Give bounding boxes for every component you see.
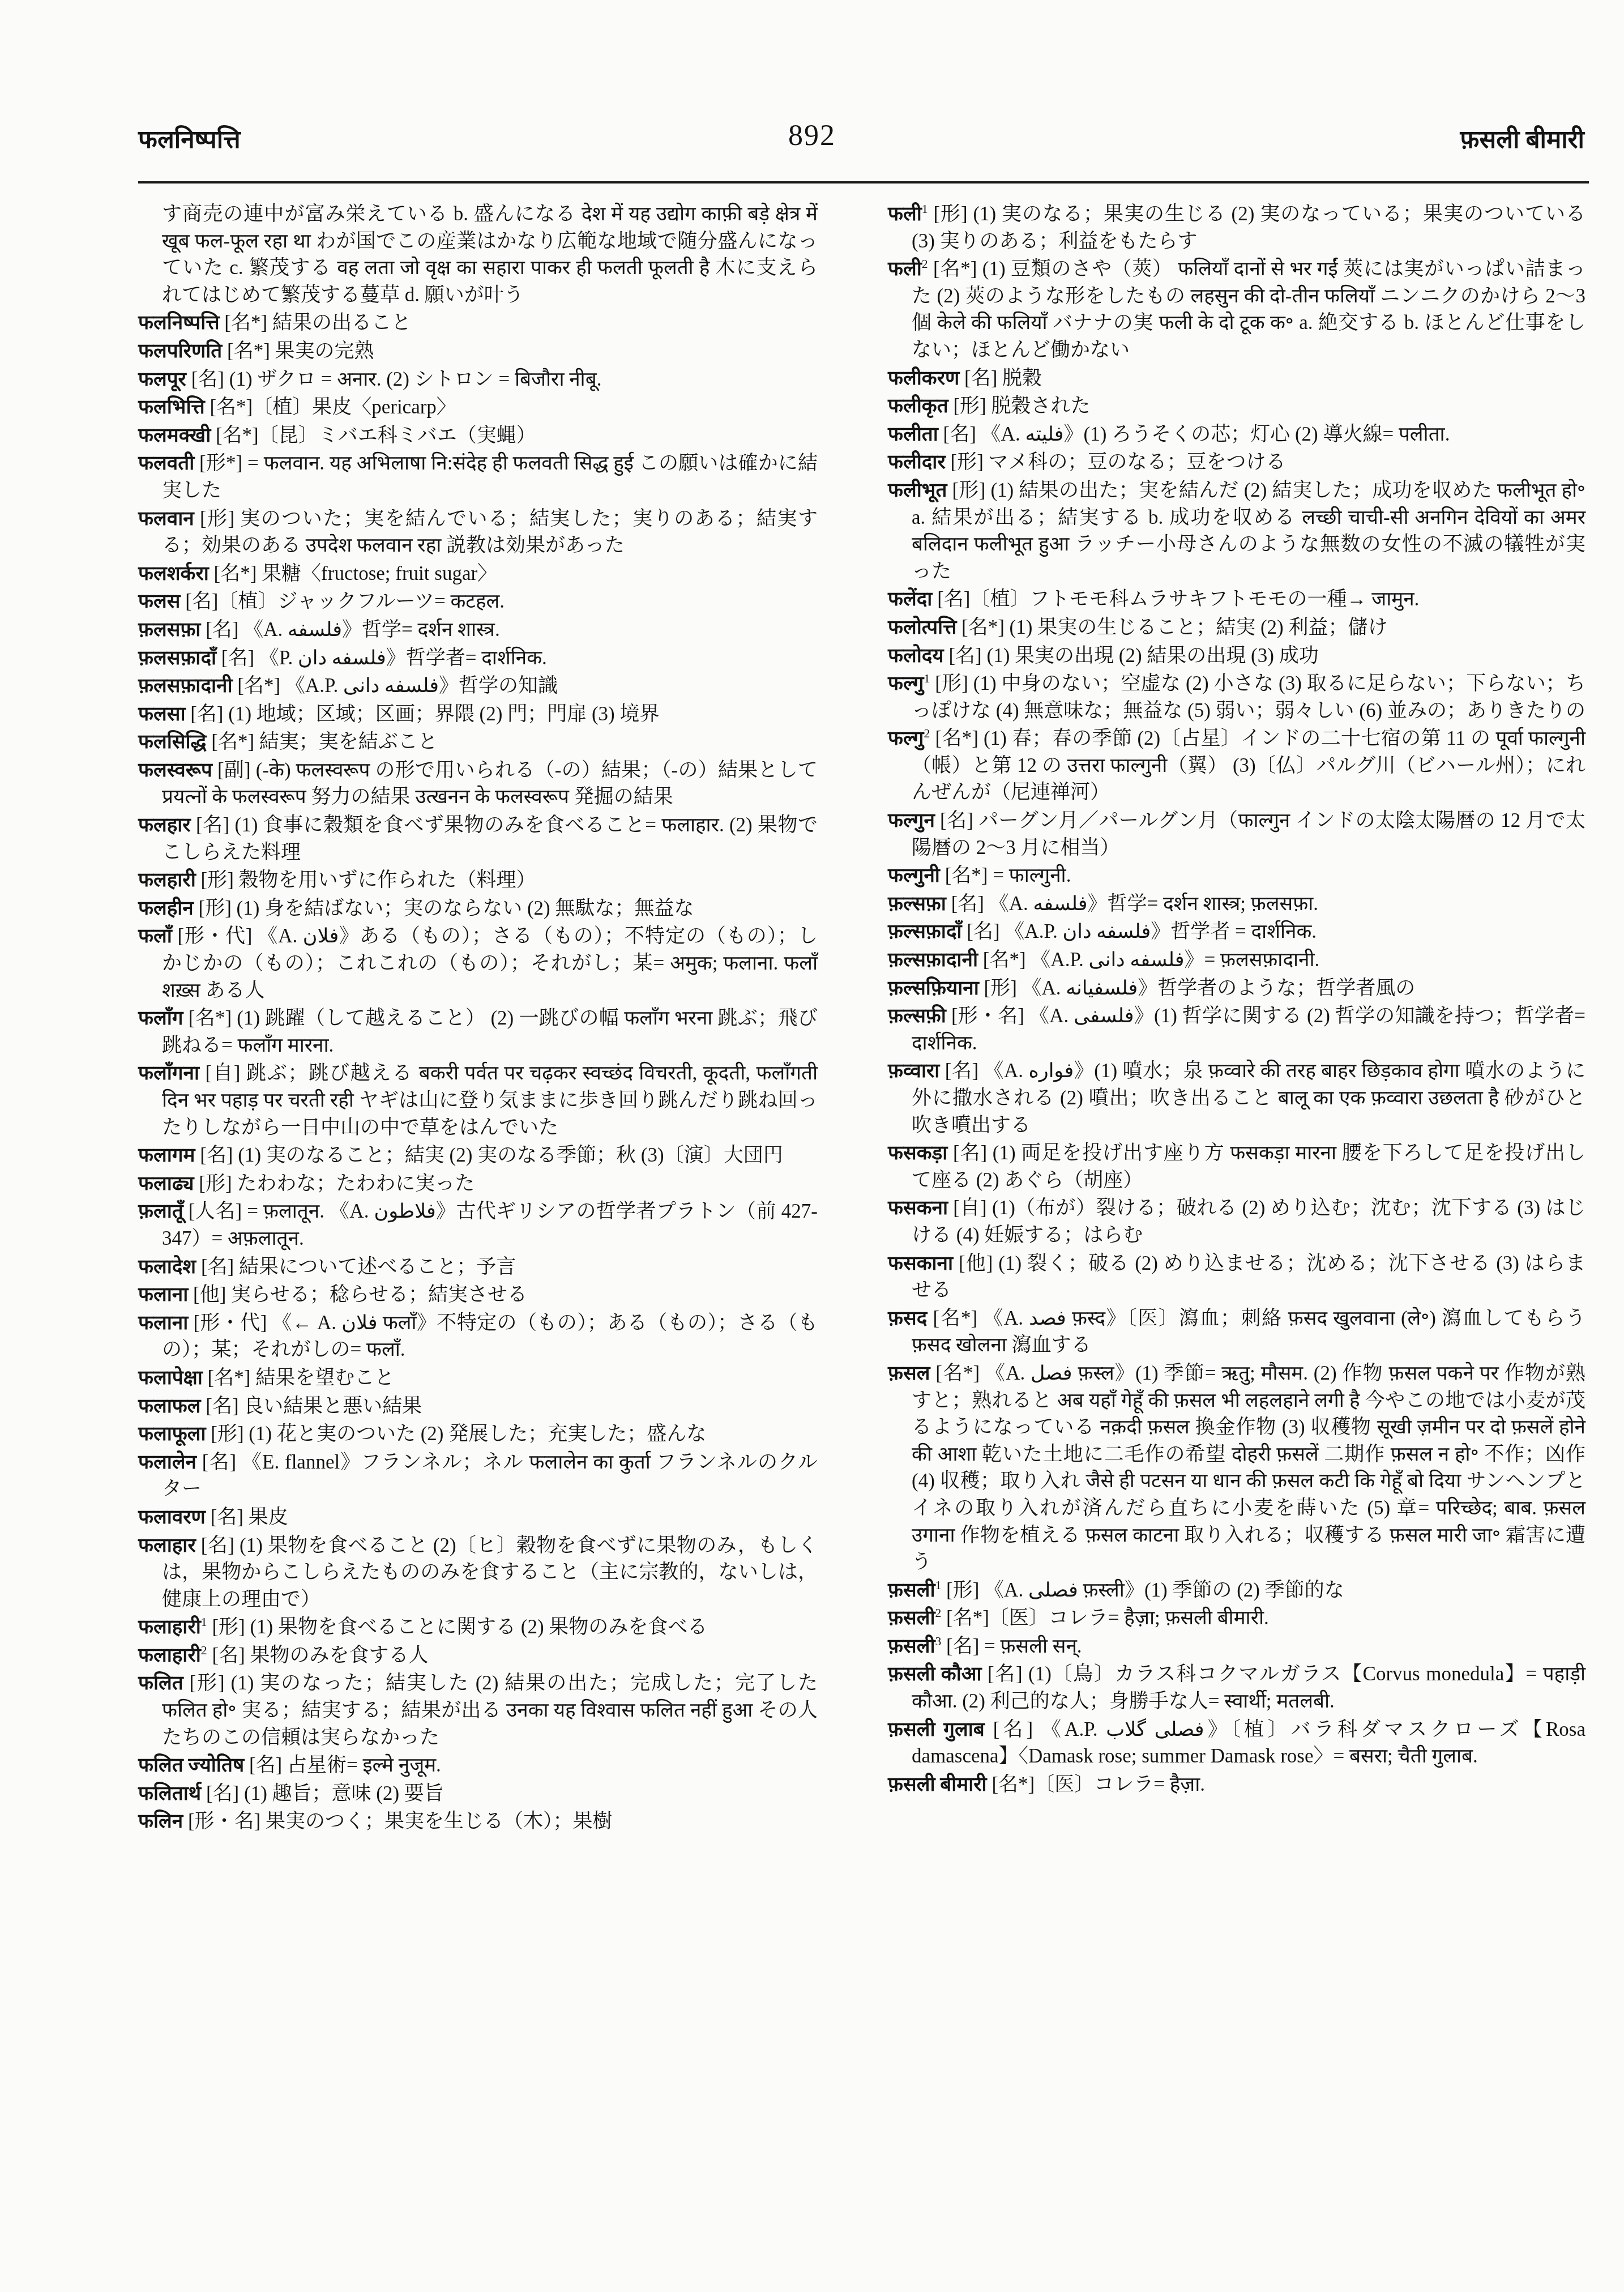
homonym-number: 2 xyxy=(922,258,928,271)
entry-body: [名] 《P. فلسفه دان》哲学者= दार्शनिक. xyxy=(221,647,547,669)
headword: फलाँगना xyxy=(138,1062,199,1084)
entry-body: [名*]〔医〕コレラ= हैज़ा. xyxy=(992,1773,1205,1795)
headword: फलाढ्य xyxy=(138,1172,194,1194)
dictionary-entry: फलेंदा [名]〔植〕フトモモ科ムラサキフトモモの一種→ जामुन. xyxy=(888,586,1585,613)
dictionary-entry: फ़सली गुलाब [名] 《A.P. فصلی گلاب》〔植〕バラ科ダマ… xyxy=(888,1716,1585,1770)
entry-body: [人名] = फ़लातून. 《A. فلاطون》古代ギリシアの哲学者プラト… xyxy=(162,1200,818,1249)
headword: फलाना xyxy=(138,1283,188,1305)
entry-body: [形] (1) 果物を食べることに関する (2) 果物のみを食べる xyxy=(212,1616,707,1638)
entry-body: [副] (-के) फलस्वरूप の形で用いられる（-の）結果；（-の）結果… xyxy=(162,759,818,808)
entry-body: [名*] (1) 果実の生じること；結実 (2) 利益；儲け xyxy=(961,616,1387,638)
headword: फ़ल्सफ़ा xyxy=(888,893,946,915)
headword: फलहार xyxy=(138,814,191,836)
homonym-number: 1 xyxy=(935,1578,941,1592)
entry-body: [形・名] 《A. فلسفی》(1) 哲学に関する (2) 哲学の知識を持つ；… xyxy=(912,1005,1585,1054)
dictionary-entry: फ़सली1 [形] 《A. فصلی फ़स्ली》(1) 季節の (2) 季… xyxy=(888,1577,1585,1604)
homonym-number: 1 xyxy=(924,672,930,685)
dictionary-entry: फ़ल्सफ़ियाना [形] 《A. فلسفیانه》哲学者のような；哲学… xyxy=(888,975,1585,1002)
dictionary-entry: फल्गु1 [形] (1) 中身のない；空虚な (2) 小さな (3) 取るに… xyxy=(888,670,1585,724)
entry-body: [名*] (1) 豆類のさや（莢） फलियाँ दानों से भर गईं… xyxy=(912,258,1585,361)
headword: फलाहारी xyxy=(138,1644,201,1666)
dictionary-entry: फलालेन [名] 《E. flannel》フランネル；ネル फलालेन क… xyxy=(138,1449,818,1503)
headword: फल्गु xyxy=(888,672,924,694)
headword: फलपूर xyxy=(138,368,186,390)
dictionary-entry: फ़सली2 [名*]〔医〕コレラ= हैज़ा; फ़सली बीमारी. xyxy=(888,1604,1585,1632)
scanned-dictionary-page: { "header": { "left_catchword": "फलनिष्प… xyxy=(0,0,1624,2292)
entry-body: [形] (1) 実のなった；結実した (2) 結果の出た；完成した；完了した फ… xyxy=(162,1672,818,1748)
dictionary-entry: फ़सली बीमारी [名*]〔医〕コレラ= हैज़ा. xyxy=(888,1771,1585,1798)
entry-body: [名] (1)〔鳥〕カラス科コクマルガラス【Corvus monedula】= … xyxy=(912,1663,1585,1712)
entry-body: [名]〔植〕ジャックフルーツ= कटहल. xyxy=(185,590,505,612)
dictionary-entry: फलपरिणति [名*] 果実の完熟 xyxy=(138,338,818,365)
entry-body: [形] 脱穀された xyxy=(953,395,1090,417)
entry-body: [名] (1) 趣旨；意味 (2) 要旨 xyxy=(206,1782,444,1804)
dictionary-entry: फलमक्खी [名*]〔昆〕ミバエ科ミバエ（実蝿） xyxy=(138,422,818,449)
entry-body: [名*] 《A.P. فلسفه دانی》= फ़लसफ़ादानी. xyxy=(983,949,1319,971)
headword: फ़सली xyxy=(888,1607,935,1629)
dictionary-entry: फ़व्वारा [名] 《A. فواره》(1) 噴水；泉 फ़व्वारे… xyxy=(888,1057,1585,1138)
headword: फसकाना xyxy=(888,1252,953,1274)
dictionary-entry: फलीता [名] 《A. فلیته》(1) ろうそくの芯；灯心 (2) 導火… xyxy=(888,421,1585,448)
headword: फलाना xyxy=(138,1312,188,1334)
headword: फ़सली गुलाब xyxy=(888,1718,985,1740)
entry-body: [名] (1) 果物を食べること (2)〔ヒ〕穀物を食べずに果物のみ，もしくは，… xyxy=(162,1534,818,1610)
dictionary-entry: फलवती [形*] = फलवान. यह अभिलाषा नि:संदेह … xyxy=(138,450,818,503)
headword: फलाँग xyxy=(138,1007,183,1029)
dictionary-entry: फलसा [名] (1) 地域；区域；区画；界隈 (2) 門；門扉 (3) 境界 xyxy=(138,701,818,728)
headword: फलित ज्योतिष xyxy=(138,1754,244,1776)
entry-body: [形・代] 《A. فلان》ある（もの）；さる（もの）；不特定の（もの）；しか… xyxy=(162,925,818,1001)
headword: फ़लसफ़ादाँ xyxy=(138,647,216,669)
entry-body: [名] 《A. فلسفه》哲学= दर्शन शास्त्र. xyxy=(206,618,499,641)
dictionary-entry: फलाँ [形・代] 《A. فلان》ある（もの）；さる（もの）；不特定の（も… xyxy=(138,923,818,1004)
headword: फलादेश xyxy=(138,1256,196,1278)
headword: फलापेक्षा xyxy=(138,1367,203,1389)
continuation-paragraph: す商売の連中が富み栄えている b. 盛んになる देश में यह उद्यो… xyxy=(138,200,818,308)
dictionary-entry: फलहार [名] (1) 食事に穀類を食べず果物のみを食べること= फलाहा… xyxy=(138,812,818,865)
dictionary-entry: फलाना [他] 実らせる；稔らせる；結実させる xyxy=(138,1281,818,1308)
homonym-number: 3 xyxy=(935,1634,941,1648)
entry-body: [名] 《A. فلیته》(1) ろうそくの芯；灯心 (2) 導火線= पली… xyxy=(943,423,1450,445)
headword: फ़ल्सफ़ादानी xyxy=(888,949,978,971)
entry-body: [形] (1) 結果の出た；実を結んだ (2) 結実した；成功を収めた फलीभ… xyxy=(912,479,1585,582)
headword: फल्गुन xyxy=(888,809,935,831)
dictionary-entry: फलीभूत [形] (1) 結果の出た；実を結んだ (2) 結実した；成功を収… xyxy=(888,477,1585,584)
dictionary-entry: फसकाना [他] (1) 裂く；破る (2) めり込ませる；沈める；沈下させ… xyxy=(888,1250,1585,1304)
dictionary-entry: फलितार्थ [名] (1) 趣旨；意味 (2) 要旨 xyxy=(138,1780,818,1807)
headword: फ़सली कौआ xyxy=(888,1663,982,1685)
entry-body: [名] (1) 地域；区域；区画；界隈 (2) 門；門扉 (3) 境界 xyxy=(190,703,659,725)
entry-body: [名] 良い結果と悪い結果 xyxy=(206,1395,422,1417)
dictionary-entry: फल्गुनी [名*] = फाल्गुनी. xyxy=(888,862,1585,889)
dictionary-entry: फ़ल्सफ़ी [形・名] 《A. فلسفی》(1) 哲学に関する (2) … xyxy=(888,1002,1585,1056)
headword: फलीता xyxy=(888,423,938,445)
entry-body: [名] 果皮 xyxy=(211,1506,288,1528)
headword: फलिन xyxy=(138,1810,183,1832)
dictionary-entry: फलीकृत [形] 脱穀された xyxy=(888,392,1585,420)
dictionary-entry: फलसिद्धि [名*] 結実；実を結ぶこと xyxy=(138,728,818,756)
dictionary-entry: फलाहारी2 [名] 果物のみを食する人 xyxy=(138,1642,818,1669)
headword: फलोत्पत्ति xyxy=(888,616,956,638)
headword: फलितार्थ xyxy=(138,1782,201,1804)
dictionary-entry: फसकड़ा [名] (1) 両足を投げ出す座り方 फसकड़ा मारना 腰… xyxy=(888,1139,1585,1193)
dictionary-entry: फ़सल [名*] 《A. فصل फ़स्ल》(1) 季節= ऋतु; मौस… xyxy=(888,1360,1585,1576)
dictionary-entry: फ़लसफ़ादानी [名*] 《A.P. فلسفه دانی》哲学の知識 xyxy=(138,672,818,699)
dictionary-entry: फलादेश [名] 結果について述べること；予言 xyxy=(138,1253,818,1281)
dictionary-entry: फल्गुन [名] パーグン月／パールグン月（फाल्गुन インドの太陰太陽… xyxy=(888,807,1585,861)
header-rule xyxy=(138,181,1589,183)
headword: फलसा xyxy=(138,703,185,725)
headword: फलाँ xyxy=(138,925,172,947)
headword: फलपरिणति xyxy=(138,340,222,362)
dictionary-entry: फ़ल्सफ़ादाँ [名] 《A.P. فلسفه دان》哲学者 = दा… xyxy=(888,918,1585,945)
dictionary-entry: फलवान [形] 実のついた；実を結んでいる；結実した；実りのある；結実する；… xyxy=(138,505,818,559)
entry-body: [形] 実のついた；実を結んでいる；結実した；実りのある；結実する；効果のある … xyxy=(162,507,818,557)
entry-body: [名*] 《A. فصد फ़स्द》〔医〕瀉血；刺絡 फ़सद खुलवाना… xyxy=(912,1307,1585,1356)
headword: फलित xyxy=(138,1672,183,1694)
entry-body: [形] 穀物を用いずに作られた（料理） xyxy=(201,869,536,891)
headword: फ़ल्सफ़ियाना xyxy=(888,977,979,999)
headword: फलस्वरूप xyxy=(138,759,212,781)
headword: फसकड़ा xyxy=(888,1142,947,1164)
entry-body: [形] (1) 身を結ばない；実のならない (2) 無駄な；無益な xyxy=(199,897,694,919)
column-right: फली1 [形] (1) 実のなる；果実の生じる (2) 実のなっている；果実の… xyxy=(888,200,1585,1799)
entry-body: [名] (1) 実のなること；結実 (2) 実のなる季節；秋 (3)〔演〕大団円 xyxy=(200,1144,783,1166)
dictionary-entry: फलपूर [名] (1) ザクロ = अनार. (2) シトロン = बिज… xyxy=(138,366,818,393)
entry-body: [名] 《A. فلسفه》哲学= दर्शन शास्त्र; फ़लसफ़ा… xyxy=(951,893,1318,915)
headword: फलभित्ति xyxy=(138,396,205,418)
headword: फली xyxy=(888,203,922,225)
entry-body: す商売の連中が富み栄えている b. 盛んになる देश में यह उद्यो… xyxy=(162,203,818,306)
entry-body: [他] (1) 裂く；破る (2) めり込ませる；沈める；沈下させる (3) は… xyxy=(912,1252,1585,1301)
headword: फलाहारी xyxy=(138,1616,201,1638)
dictionary-entry: फलाँग [名*] (1) 跳躍（して越えること） (2) 一跳びの幅 फला… xyxy=(138,1005,818,1058)
entry-body: [名] (1) 両足を投げ出す座り方 फसकड़ा मारना 腰を下ろして足を… xyxy=(912,1142,1585,1191)
dictionary-entry: फलस्वरूप [副] (-के) फलस्वरूप の形で用いられる（-の）… xyxy=(138,757,818,810)
entry-body: [自] 跳ぶ；跳び越える बकरी पर्वत पर चढ़कर स्वच्छं… xyxy=(162,1062,818,1138)
dictionary-entry: फ़सद [名*] 《A. فصد फ़स्द》〔医〕瀉血；刺絡 फ़सद खु… xyxy=(888,1305,1585,1359)
headword: फ़ल्सफ़ी xyxy=(888,1005,946,1027)
dictionary-entry: फलनिष्पत्ति [名*] 結果の出ること xyxy=(138,309,818,336)
entry-body: [形] 《A. فلسفیانه》哲学者のような；哲学者風の xyxy=(984,977,1416,999)
headword: फलाफल xyxy=(138,1395,201,1417)
entry-body: [名] 《A.P. فصلی گلاب》〔植〕バラ科ダマスクローズ【Rosa d… xyxy=(912,1718,1585,1768)
entry-body: [形] 《A. فصلی फ़स्ली》(1) 季節の (2) 季節的な xyxy=(946,1579,1344,1601)
dictionary-entry: फलाना [形・代] 《← A. فلان फलाँ》不特定の（もの）；ある（… xyxy=(138,1309,818,1363)
headword: फ़लसफ़ादानी xyxy=(138,675,233,697)
page-number: 892 xyxy=(0,119,1624,152)
dictionary-entry: फ़ल्सफ़ा [名] 《A. فلسفه》哲学= दर्शन शास्त्र… xyxy=(888,890,1585,917)
entry-body: [名] (1) ザクロ = अनार. (2) シトロン = बिजौरा नी… xyxy=(191,368,602,390)
entry-body: [名*] 《A. فصل फ़स्ल》(1) 季節= ऋतु; मौसम. (2… xyxy=(912,1362,1585,1573)
headword: फ़सली xyxy=(888,1579,935,1601)
entry-body: [形・代] 《← A. فلان फलाँ》不特定の（もの）；ある（もの）；さる… xyxy=(162,1312,818,1361)
dictionary-entry: फ़सली कौआ [名] (1)〔鳥〕カラス科コクマルガラス【Corvus m… xyxy=(888,1661,1585,1714)
dictionary-entry: फलाहार [名] (1) 果物を食べること (2)〔ヒ〕穀物を食べずに果物の… xyxy=(138,1532,818,1613)
dictionary-entry: फली2 [名*] (1) 豆類のさや（莢） फलियाँ दानों से भ… xyxy=(888,255,1585,363)
headword: फलावरण xyxy=(138,1506,206,1528)
entry-body: [名*]〔植〕果皮〈pericarp〉 xyxy=(210,396,456,418)
headword: फलशर्करा xyxy=(138,562,209,584)
dictionary-entry: फलित [形] (1) 実のなった；結実した (2) 結果の出た；完成した；完… xyxy=(138,1670,818,1751)
dictionary-entry: फलभित्ति [名*]〔植〕果皮〈pericarp〉 xyxy=(138,394,818,421)
dictionary-entry: फलावरण [名] 果皮 xyxy=(138,1504,818,1531)
entry-body: [名*] 果糖〈fructose; fruit sugar〉 xyxy=(214,562,498,584)
headword: फलनिष्पत्ति xyxy=(138,311,220,334)
entry-body: [名*] 結果を望むこと xyxy=(208,1367,395,1389)
entry-body: [名*] (1) 春；春の季節 (2)〔占星〕インドの二十七宿の第 11 の प… xyxy=(912,727,1585,803)
dictionary-entry: फलाफल [名] 良い結果と悪い結果 xyxy=(138,1393,818,1420)
entry-body: [名*] 《A.P. فلسفه دانی》哲学の知識 xyxy=(237,675,558,697)
entry-body: [名] = फ़सली सन्. xyxy=(946,1635,1082,1657)
entry-body: [形] たわわな；たわわに実った xyxy=(199,1172,475,1194)
dictionary-entry: फलीकरण [名] 脱穀 xyxy=(888,365,1585,392)
entry-body: [名] (1) 食事に穀類を食べず果物のみを食べること= फलाहार. (2)… xyxy=(162,814,818,863)
entry-body: [名] 《E. flannel》フランネル；ネル फलालेन का कुर्त… xyxy=(162,1451,818,1500)
homonym-number: 1 xyxy=(922,202,928,216)
dictionary-entry: फलागम [名] (1) 実のなること；結実 (2) 実のなる季節；秋 (3)… xyxy=(138,1142,818,1169)
dictionary-entry: फलीदार [形] マメ科の；豆のなる；豆をつける xyxy=(888,449,1585,476)
entry-body: [名] 《A.P. فلسفه دان》哲学者 = दार्शनिक. xyxy=(967,920,1317,942)
dictionary-entry: फलहीन [形] (1) 身を結ばない；実のならない (2) 無駄な；無益な xyxy=(138,895,818,922)
headword: फलागम xyxy=(138,1144,195,1166)
headword: फलहारी xyxy=(138,869,196,891)
homonym-number: 2 xyxy=(935,1607,941,1620)
dictionary-entry: फलाफूला [形] (1) 花と実のついた (2) 発展した；充実した；盛ん… xyxy=(138,1420,818,1448)
dictionary-entry: फलापेक्षा [名*] 結果を望むこと xyxy=(138,1364,818,1392)
headword: फलमक्खी xyxy=(138,424,211,446)
dictionary-entry: फ़सली3 [名] = फ़सली सन्. xyxy=(888,1633,1585,1660)
dictionary-entry: फ़लातूँ [人名] = फ़लातून. 《A. فلاطون》古代ギリシ… xyxy=(138,1198,818,1252)
headword: फ़ल्सफ़ादाँ xyxy=(888,920,962,942)
dictionary-entry: फसकना [自] (1)（布が）裂ける；破れる (2) めり込む；沈む；沈下す… xyxy=(888,1194,1585,1248)
entry-body: [形] (1) 実のなる；果実の生じる (2) 実のなっている；果実のついている… xyxy=(912,203,1585,252)
entry-body: [形] (1) 花と実のついた (2) 発展した；充実した；盛んな xyxy=(211,1423,706,1445)
headword: फल्गुनी xyxy=(888,864,940,886)
entry-body: [名*] 果実の完熟 xyxy=(227,340,374,362)
dictionary-entry: फलोदय [名] (1) 果実の出現 (2) 結果の出現 (3) 成功 xyxy=(888,642,1585,669)
entry-body: [名*]〔医〕コレラ= हैज़ा; फ़सली बीमारी. xyxy=(946,1607,1269,1629)
headword: फ़व्वारा xyxy=(888,1060,939,1082)
dictionary-entry: फलशर्करा [名*] 果糖〈fructose; fruit sugar〉 xyxy=(138,560,818,587)
headword: फलवती xyxy=(138,452,194,474)
headword: फलाहार xyxy=(138,1534,196,1556)
headword: फलालेन xyxy=(138,1451,196,1473)
headword: फलीकृत xyxy=(888,395,948,417)
entry-body: [名] (1) 果実の出現 (2) 結果の出現 (3) 成功 xyxy=(948,645,1318,667)
headword: फलीभूत xyxy=(888,479,947,501)
homonym-number: 2 xyxy=(201,1644,207,1657)
dictionary-entry: फली1 [形] (1) 実のなる；果実の生じる (2) 実のなっている；果実の… xyxy=(888,200,1585,254)
entry-body: [名] 脱穀 xyxy=(964,367,1042,389)
entry-body: [名] パーグン月／パールグン月（फाल्गुन インドの太陰太陽暦の 12 月… xyxy=(912,809,1585,859)
entry-body: [名] 占星術= इल्मे नुजूम. xyxy=(249,1754,441,1776)
headword: फ़सल xyxy=(888,1362,930,1384)
dictionary-entry: फल्गु2 [名*] (1) 春；春の季節 (2)〔占星〕インドの二十七宿の第… xyxy=(888,725,1585,806)
entry-body: [名*]〔昆〕ミバエ科ミバエ（実蝿） xyxy=(216,424,536,446)
entry-body: [形] (1) 中身のない；空虚な (2) 小さな (3) 取るに足らない；下ら… xyxy=(912,672,1585,722)
entry-body: [名*] (1) 跳躍（して越えること） (2) 一跳びの幅 फलाँग भरन… xyxy=(162,1007,818,1056)
entry-body: [名*] = फाल्गुनी. xyxy=(945,864,1071,886)
entry-body: [形*] = फलवान. यह अभिलाषा नि:संदेह ही फलव… xyxy=(162,452,818,501)
headword: फसकना xyxy=(888,1197,948,1219)
entry-body: [名] 結果について述べること；予言 xyxy=(201,1256,516,1278)
entry-body: [自] (1)（布が）裂ける；破れる (2) めり込む；沈む；沈下する (3) … xyxy=(912,1197,1585,1246)
headword: फलहीन xyxy=(138,897,194,919)
headword: फ़लातूँ xyxy=(138,1200,183,1222)
entry-body: [名*] 結果の出ること xyxy=(224,311,411,334)
headword: फलसिद्धि xyxy=(138,731,206,753)
dictionary-entry: फ़लसफ़ा [名] 《A. فلسفه》哲学= दर्शन शास्त्र. xyxy=(138,616,818,643)
dictionary-entry: फलोत्पत्ति [名*] (1) 果実の生じること；結実 (2) 利益；儲… xyxy=(888,614,1585,641)
dictionary-entry: फलाढ्य [形] たわわな；たわわに実った xyxy=(138,1170,818,1197)
headword: फलवान xyxy=(138,507,194,530)
headword: फ़सद xyxy=(888,1307,927,1329)
dictionary-entry: फलाँगना [自] 跳ぶ；跳び越える बकरी पर्वत पर चढ़कर… xyxy=(138,1060,818,1141)
homonym-number: 1 xyxy=(201,1616,207,1629)
headword: फ़सली बीमारी xyxy=(888,1773,987,1795)
headword: फलेंदा xyxy=(888,588,932,610)
headword: फलस xyxy=(138,590,180,612)
headword: फलोदय xyxy=(888,645,944,667)
headword: फलीदार xyxy=(888,451,946,473)
dictionary-entry: फलस [名]〔植〕ジャックフルーツ= कटहल. xyxy=(138,588,818,615)
entry-body: [形] マメ科の；豆のなる；豆をつける xyxy=(951,451,1286,473)
dictionary-entry: फलहारी [形] 穀物を用いずに作られた（料理） xyxy=(138,867,818,894)
dictionary-entry: फ़लसफ़ादाँ [名] 《P. فلسفه دان》哲学者= दार्शन… xyxy=(138,645,818,672)
headword: फलीकरण xyxy=(888,367,959,389)
entry-body: [他] 実らせる；稔らせる；結実させる xyxy=(193,1283,527,1305)
entry-body: [名]〔植〕フトモモ科ムラサキフトモモの一種→ जामुन. xyxy=(937,588,1419,610)
headword: फलाफूला xyxy=(138,1423,206,1445)
entry-body: [名] 果物のみを食する人 xyxy=(212,1644,428,1666)
entry-body: [名] 《A. فواره》(1) 噴水；泉 फ़व्वारे की तरह ब… xyxy=(912,1060,1585,1136)
headword: फ़सली xyxy=(888,1635,935,1657)
headword: फ़लसफ़ा xyxy=(138,618,200,641)
dictionary-entry: फलित ज्योतिष [名] 占星術= इल्मे नुजूम. xyxy=(138,1752,818,1779)
header-catchword-right: फ़सली बीमारी xyxy=(1460,121,1584,155)
headword: फल्गु xyxy=(888,727,924,749)
entry-body: [名*] 結実；実を結ぶこと xyxy=(211,731,438,753)
homonym-number: 2 xyxy=(924,727,930,741)
dictionary-entry: फलाहारी1 [形] (1) 果物を食べることに関する (2) 果物のみを食… xyxy=(138,1614,818,1641)
column-left: す商売の連中が富み栄えている b. 盛んになる देश में यह उद्यो… xyxy=(138,200,818,1836)
headword: फली xyxy=(888,258,922,280)
entry-body: [形・名] 果実のつく；果実を生じる（木）；果樹 xyxy=(188,1810,613,1832)
dictionary-entry: फलिन [形・名] 果実のつく；果実を生じる（木）；果樹 xyxy=(138,1808,818,1835)
dictionary-entry: फ़ल्सफ़ादानी [名*] 《A.P. فلسفه دانی》= फ़ल… xyxy=(888,946,1585,974)
